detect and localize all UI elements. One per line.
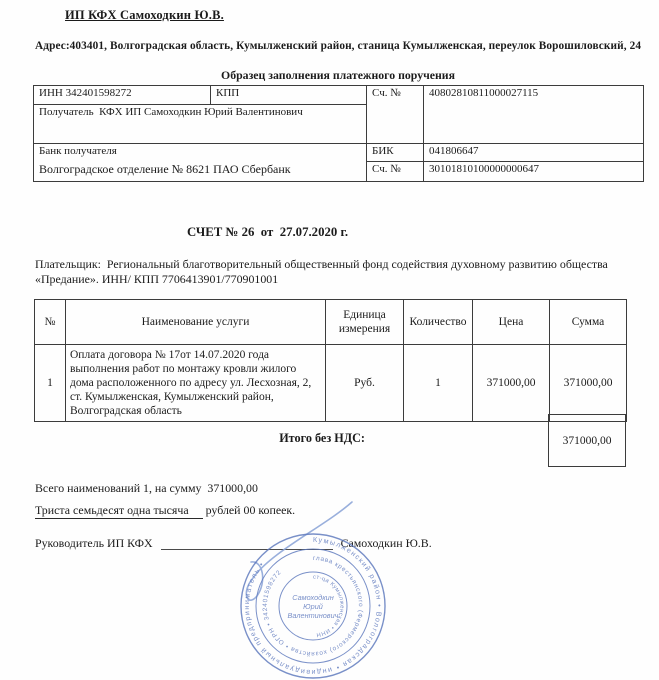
col-header-service: Наименование услуги xyxy=(66,300,326,345)
amount-in-words-suffix: рублей 00 копеек. xyxy=(206,503,296,517)
total-row: Итого без НДС: 371000,00 xyxy=(34,415,626,467)
item-num: 1 xyxy=(35,345,66,422)
items-table: № Наименование услуги Единица измерения … xyxy=(34,299,627,422)
stamp-center-line2: Юрий xyxy=(303,602,323,611)
stamp-outer-ring-text: Кумылженский район • Волгоградская • инд… xyxy=(242,535,384,677)
bik-value-cell: 041806647 xyxy=(424,144,644,162)
signature-line xyxy=(161,536,333,550)
company-address: Адрес:403401, Волгоградская область, Кум… xyxy=(35,40,655,52)
item-row: 1 Оплата договора № 17от 14.07.2020 года… xyxy=(35,345,627,422)
kpp-cell: КПП xyxy=(211,86,367,105)
items-table-header-row: № Наименование услуги Единица измерения … xyxy=(35,300,627,345)
amount-in-words: Триста семьдесят одна тысяча xyxy=(35,503,203,519)
payment-order-sample-title: Образец заполнения платежного поручения xyxy=(33,68,643,83)
svg-text:Кумылженский район • Волгоград: Кумылженский район • Волгоградская • инд… xyxy=(242,535,384,677)
total-value-cell: 371000,00 xyxy=(548,414,626,467)
stamp-center-line3: Валентинович xyxy=(288,611,339,620)
account-label-cell: Сч. № xyxy=(367,86,424,144)
item-unit: Руб. xyxy=(326,345,404,422)
stamp-middle-ring-text: глава крестьянского (Фермерского) хозяйс… xyxy=(262,555,364,658)
col-header-num: № xyxy=(35,300,66,345)
col-header-unit: Единица измерения xyxy=(326,300,404,345)
col-header-price: Цена xyxy=(473,300,550,345)
svg-text:глава крестьянского (Фермерско: глава крестьянского (Фермерского) хозяйс… xyxy=(262,555,364,658)
amount-in-words-line: Триста семьдесят одна тысяча рублей 00 к… xyxy=(35,503,295,519)
signature-row: Руководитель ИП КФХ Самоходкин Ю.В. xyxy=(35,536,635,551)
company-name: ИП КФХ Самоходкин Ю.В. xyxy=(65,8,224,23)
col-header-sum: Сумма xyxy=(550,300,627,345)
item-qty: 1 xyxy=(404,345,473,422)
payer-line: Плательщик: Региональный благотворительн… xyxy=(35,257,639,287)
stamp-center-line1: Самоходкин xyxy=(292,593,334,602)
item-name: Оплата договора № 17от 14.07.2020 года в… xyxy=(66,345,326,422)
invoice-title: СЧЕТ № 26 от 27.07.2020 г. xyxy=(0,225,535,240)
recipient-bank-name: Волгоградское отделение № 8621 ПАО Сберб… xyxy=(39,162,361,177)
inn-cell: ИНН 342401598272 xyxy=(34,86,211,105)
account-number-cell: 40802810811000027115 xyxy=(424,86,644,144)
invoice-document: ИП КФХ Самоходкин Ю.В. Адрес:403401, Вол… xyxy=(0,0,659,680)
recipient-cell: Получатель КФХ ИП Самоходкин Юрий Валент… xyxy=(34,105,367,144)
recipient-bank-label: Банк получателя xyxy=(39,145,361,157)
col-header-qty: Количество xyxy=(404,300,473,345)
item-sum: 371000,00 xyxy=(550,345,627,422)
signer-name: Самоходкин Ю.В. xyxy=(341,536,432,551)
item-price: 371000,00 xyxy=(473,345,550,422)
stamp-seal: Кумылженский район • Волгоградская • инд… xyxy=(213,492,405,680)
bik-label-cell: БИК xyxy=(367,144,424,162)
recipient-bank-cell: Банк получателя Волгоградское отделение … xyxy=(34,144,367,182)
corr-account-label-cell: Сч. № xyxy=(367,162,424,182)
signer-role: Руководитель ИП КФХ xyxy=(35,536,153,551)
stamp-inner-ring-text: ст-ца Кумылженская • ИНН xyxy=(313,574,345,637)
corr-account-number-cell: 30101810100000000647 xyxy=(424,162,644,182)
total-label: Итого без НДС: xyxy=(34,431,365,446)
items-count-line: Всего наименований 1, на сумму 371000,00 xyxy=(35,481,258,496)
svg-text:ст-ца Кумылженская • ИНН: ст-ца Кумылженская • ИНН xyxy=(313,574,345,637)
bank-details-table: ИНН 342401598272 КПП Сч. № 4080281081100… xyxy=(33,85,644,182)
stamp-graphic: Кумылженский район • Волгоградская • инд… xyxy=(241,534,385,678)
